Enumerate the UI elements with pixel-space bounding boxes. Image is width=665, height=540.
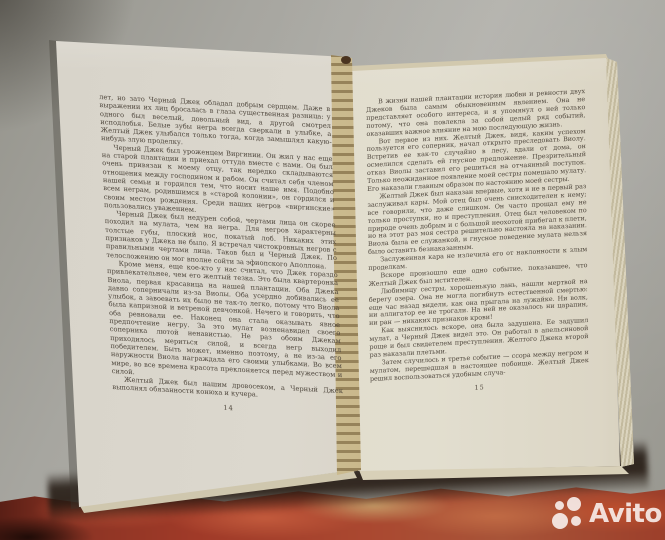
open-book: лет, но зато Черный Джек обладал добрым … — [0, 0, 665, 540]
avito-wordmark: Avito — [589, 497, 662, 532]
paragraph: Черный Джек был уроженцем Виргинии. Он ж… — [101, 143, 335, 221]
paragraph: Кроме меня, еще кое-кто у нас считал, чт… — [107, 259, 343, 387]
avito-watermark: Avito — [551, 497, 662, 532]
avito-logo-icon — [551, 497, 586, 532]
right-page-text: В жизни нашей плантации история любви и … — [366, 88, 589, 397]
photo: лет, но зато Черный Джек обладал добрым … — [0, 0, 665, 540]
left-page-text: лет, но зато Черный Джек обладал добрым … — [99, 93, 344, 418]
binding-speck — [341, 56, 351, 64]
